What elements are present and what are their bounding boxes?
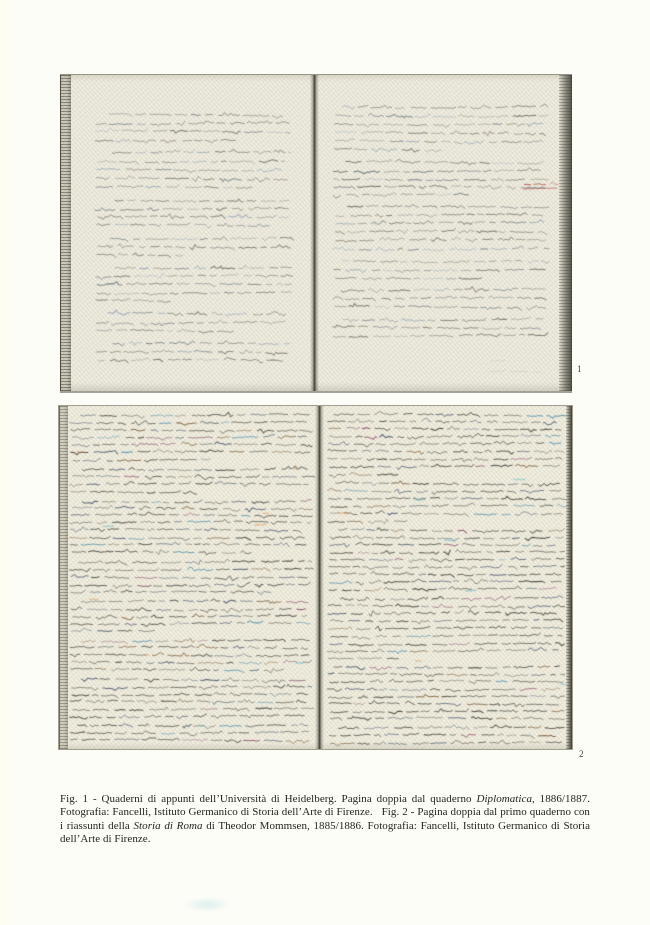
scanner-smudge xyxy=(183,897,231,912)
plate-number-2: 2 xyxy=(579,749,584,759)
fig2-handwriting-canvas xyxy=(59,406,572,749)
plate-number-1: 1 xyxy=(577,364,582,374)
fig1-handwriting-canvas xyxy=(60,75,572,391)
figure-caption: Fig. 1 - Quaderni di appunti dell’Univer… xyxy=(60,793,590,846)
scanned-book-page: 1 2 Fig. 1 - Quaderni di appunti dell’Un… xyxy=(0,0,650,925)
figure-2-photo xyxy=(58,405,573,750)
caption-fig2-italic-title: Storia di Roma xyxy=(133,820,202,832)
caption-fig1-italic-title: Diplomatica xyxy=(476,793,532,805)
figure-1-photo xyxy=(60,74,572,393)
